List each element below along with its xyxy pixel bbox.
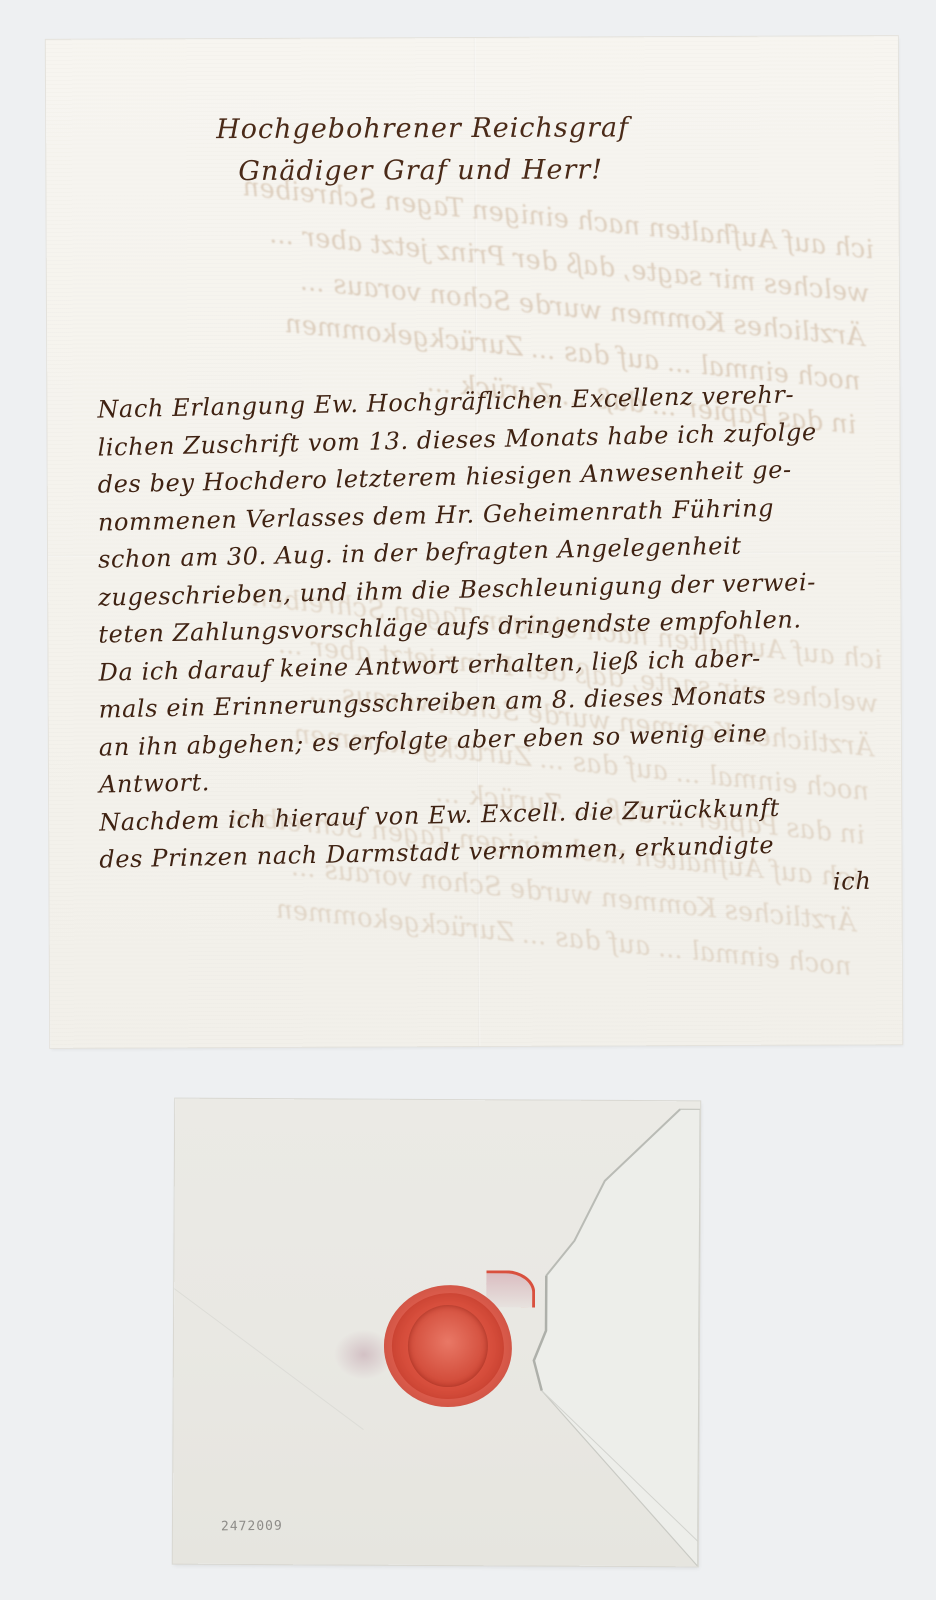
wax-seal-impression-icon bbox=[408, 1305, 488, 1387]
salutation-line-1: Hochgebohrener Reichsgraf bbox=[216, 107, 629, 151]
wax-seal bbox=[384, 1285, 513, 1408]
inventory-number: 2472009 bbox=[221, 1519, 283, 1535]
envelope: 2472009 bbox=[173, 1099, 700, 1567]
letter-salutation: Hochgebohrener Reichsgraf Gnädiger Graf … bbox=[216, 107, 629, 193]
salutation-line-2: Gnädiger Graf und Herr! bbox=[216, 149, 629, 193]
letter-body: Nach Erlangung Ew. Hochgräflichen Excell… bbox=[97, 388, 879, 916]
letter-sheet: ich auf Aufhalten nach einigen Tagen Sch… bbox=[46, 36, 902, 1048]
